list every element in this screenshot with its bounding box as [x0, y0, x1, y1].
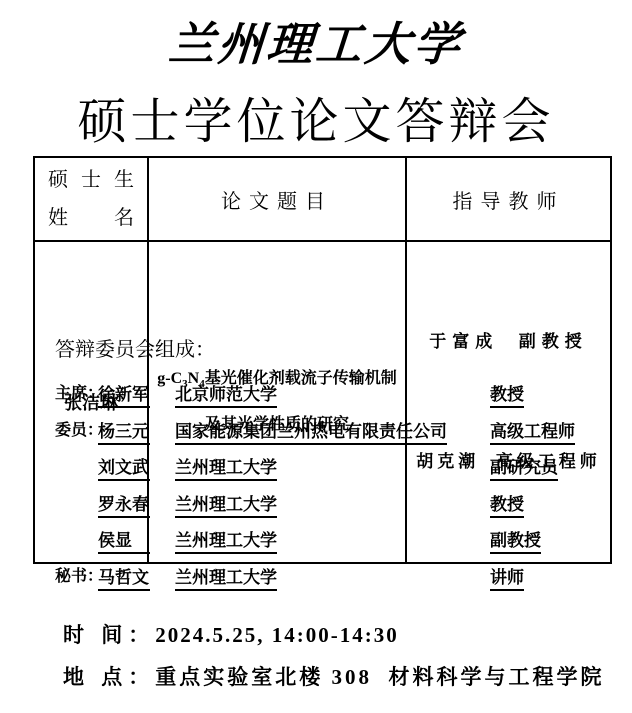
member-name: 刘文武: [98, 453, 150, 481]
table-header-student-name: 硕士生 姓名: [34, 157, 148, 241]
role-label: 秘书：: [55, 563, 103, 586]
place-label: 地 点：: [63, 665, 155, 689]
member-organization: 兰州理工大学: [175, 563, 277, 591]
member-organization: 兰州理工大学: [175, 453, 277, 481]
member-name: 徐新军: [98, 380, 150, 408]
member-title: 副研究员: [490, 453, 558, 481]
member-organization: 北京师范大学: [175, 380, 277, 408]
place-value: 重点实验室北楼 308 材料科学与工程学院: [155, 665, 604, 689]
committee-list: 主席： 徐新军 北京师范大学 教授 委员： 杨三元 国家能源集团兰州热电有限责任…: [55, 380, 610, 600]
table-header-row: 硕士生 姓名 论文题目 指导教师: [34, 157, 611, 241]
member-name: 杨三元: [98, 417, 150, 445]
member-organization: 国家能源集团兰州热电有限责任公司: [175, 417, 447, 445]
member-title: 讲师: [490, 563, 524, 591]
table-header-thesis-title: 论文题目: [148, 157, 406, 241]
member-name: 马哲文: [98, 563, 150, 591]
advisor-line1: 于富成 副教授: [407, 322, 610, 362]
member-title: 教授: [490, 490, 524, 518]
member-name: 侯显: [98, 526, 150, 554]
student-header-line2: 姓名: [48, 199, 134, 237]
university-logo-calligraphy: 兰州理工大学: [0, 8, 632, 74]
member-organization: 兰州理工大学: [175, 526, 277, 554]
committee-row-member: 罗永春 兰州理工大学 教授: [55, 490, 610, 527]
committee-row-member: 委员： 杨三元 国家能源集团兰州热电有限责任公司 高级工程师: [55, 417, 610, 454]
document-page: 兰州理工大学 硕士学位论文答辩会 硕士生 姓名 论文题目 指导教师 张洁琳 g-…: [0, 0, 632, 713]
member-title: 副教授: [490, 526, 541, 554]
member-organization: 兰州理工大学: [175, 490, 277, 518]
committee-heading: 答辩委员会组成：: [55, 333, 215, 362]
table-header-advisor: 指导教师: [406, 157, 611, 241]
committee-row-member: 刘文武 兰州理工大学 副研究员: [55, 453, 610, 490]
committee-row-chair: 主席： 徐新军 北京师范大学 教授: [55, 380, 610, 417]
member-title: 教授: [490, 380, 524, 408]
place-row: 地 点：重点实验室北楼 308 材料科学与工程学院: [42, 636, 605, 713]
member-title: 高级工程师: [490, 417, 575, 445]
role-label: 委员：: [55, 417, 103, 440]
student-header-line1: 硕士生: [48, 161, 134, 199]
document-title: 硕士学位论文答辩会: [0, 83, 632, 153]
committee-row-member: 侯显 兰州理工大学 副教授: [55, 526, 610, 563]
role-label: 主席：: [55, 380, 103, 403]
member-name: 罗永春: [98, 490, 150, 518]
